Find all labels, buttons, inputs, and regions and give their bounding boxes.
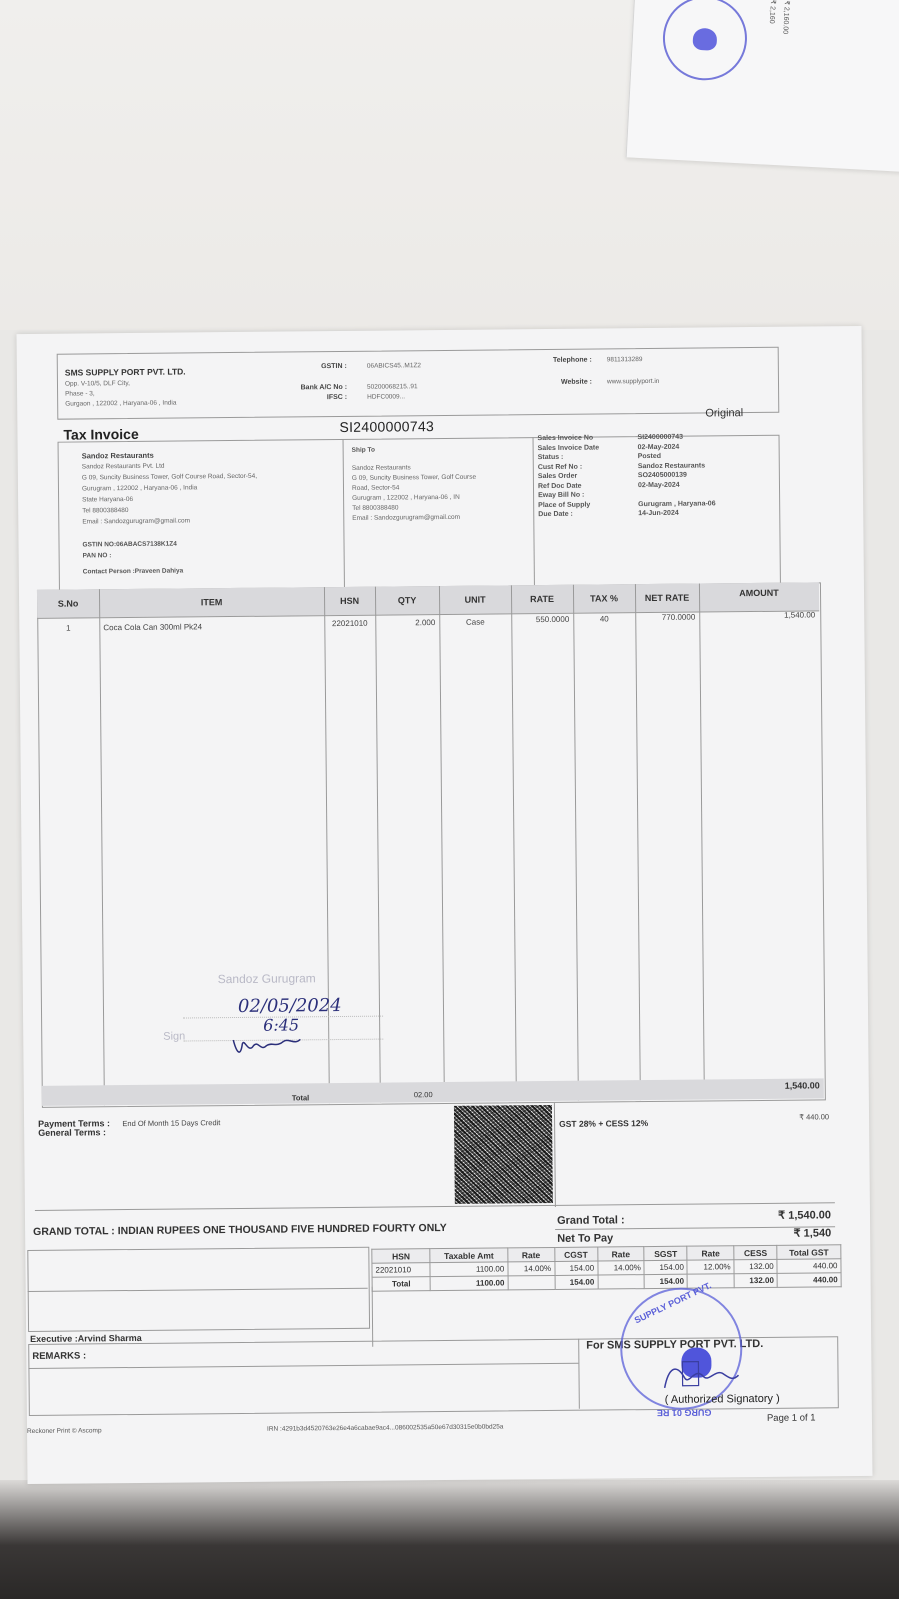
gst-header: SGST [644, 1246, 687, 1260]
tax-summary-label: GST 28% + CESS 12% [559, 1118, 648, 1129]
grand-total-value: ₹ 1,540.00 [725, 1208, 831, 1222]
gst-header: Rate [508, 1247, 555, 1261]
row-sno: 1 [37, 623, 99, 633]
col-header-rate: RATE [511, 594, 573, 605]
gst-header: Taxable Amt [430, 1248, 508, 1263]
seller-address-1: Opp. V-10/5, DLF City, [65, 380, 130, 388]
seller-ifsc: HDFC0009... [367, 393, 405, 400]
col-header-net-rate: NET RATE [635, 593, 699, 604]
telephone-label: Telephone : [517, 357, 592, 365]
row-qty: 2.000 [375, 618, 435, 628]
contact-person: Contact Person :Praveen Dahiya [83, 567, 184, 575]
bank-label: Bank A/C No : [267, 384, 347, 392]
row-unit: Case [439, 617, 511, 627]
total-amount: 1,540.00 [714, 1080, 820, 1091]
company-stamp-icon [661, 0, 749, 82]
row-tax: 40 [573, 614, 635, 624]
invoice-number: SI2400000743 [339, 418, 434, 435]
row-net-rate: 770.0000 [635, 613, 695, 623]
row-amount: 1,540.00 [699, 610, 815, 620]
bill-to-gstin: GSTIN NO:06ABACS7138K1Z4 [82, 541, 176, 549]
software-credit: Reckoner Print © Ascomp [27, 1427, 102, 1435]
col-header-tax: TAX % [573, 593, 635, 604]
gst-header: Rate [687, 1246, 734, 1260]
remarks-label: REMARKS : [32, 1350, 86, 1362]
seller-telephone: 9811313289 [607, 356, 643, 363]
gst-header: Rate [597, 1247, 644, 1261]
grand-total-in-words: GRAND TOTAL : INDIAN RUPEES ONE THOUSAND… [33, 1222, 447, 1238]
table-surface [0, 1480, 899, 1599]
gst-header: Total GST [777, 1245, 841, 1260]
ship-to-line: Road, Sector-54 [352, 484, 399, 491]
signature-icon [654, 1357, 744, 1398]
copy-type: Original [705, 407, 743, 419]
col-header-hsn: HSN [324, 596, 375, 606]
bill-to-line: Gurugram , 122002 , Haryana-06 , India [82, 484, 197, 492]
gst-header: CGST [554, 1247, 597, 1261]
ship-to-label: Ship To [352, 447, 375, 454]
seller-name: SMS SUPPLY PORT PVT. LTD. [65, 366, 186, 377]
bill-to-line: Email : Sandozgurugram@gmail.com [82, 517, 190, 525]
ifsc-label: IFSC : [287, 394, 347, 402]
net-to-pay-value: ₹ 1,540 [725, 1226, 831, 1240]
bill-to-name: Sandoz Restaurants [82, 451, 154, 461]
row-hsn: 22021010 [324, 619, 375, 628]
background-invoice-corner: ₹ 2,160.00 ₹ 2,160 [626, 0, 899, 172]
gstin-label: GSTIN : [287, 363, 347, 371]
col-header-sno: S.No [37, 598, 99, 609]
col-header-unit: UNIT [439, 594, 511, 605]
bill-to-line: Tel 8800388480 [82, 507, 128, 514]
website-label: Website : [517, 379, 592, 387]
seller-bank-account: 50200068215..91 [367, 383, 418, 390]
row-rate: 550.0000 [511, 615, 569, 625]
col-header-qty: QTY [375, 595, 439, 606]
irn-number: IRN :4291b3d4520763e26e4a6cabae9ac4...08… [267, 1423, 503, 1432]
row-item: Coca Cola Can 300ml Pk24 [103, 622, 202, 632]
seller-address-2: Phase - 3, [65, 390, 95, 397]
e-invoice-qr-code [454, 1105, 553, 1204]
seller-gstin: 06ABICS45..M1Z2 [367, 362, 421, 370]
col-header-amount: AMOUNT [699, 587, 819, 598]
seal-bottom-text: GURG 01 RE [657, 1407, 712, 1418]
gst-breakdown-table: HSN Taxable Amt Rate CGST Rate SGST Rate… [371, 1244, 841, 1292]
total-qty: 02.00 [414, 1090, 433, 1099]
ship-to-line: Gurugram , 122002 , Haryana-06 , IN [352, 494, 460, 502]
invoice-sheet: SMS SUPPLY PORT PVT. LTD. Opp. V-10/5, D… [16, 326, 872, 1484]
ship-to-line: Email : Sandozgurugram@gmail.com [352, 514, 460, 522]
items-table [37, 582, 826, 1108]
page-number: Page 1 of 1 [767, 1412, 816, 1423]
gst-header: CESS [734, 1245, 777, 1259]
ship-to-line: Tel 8800388480 [352, 504, 398, 511]
general-terms: General Terms : [38, 1127, 106, 1138]
seller-address-3: Gurgaon , 122002 , Haryana-06 , India [65, 400, 176, 408]
gst-header: HSN [372, 1249, 430, 1264]
tax-summary-value: ₹ 440.00 [744, 1112, 829, 1122]
background-amount: ₹ 2,160.00 ₹ 2,160 [763, 0, 793, 34]
seller-website: www.supplyport.in [607, 378, 659, 386]
receiving-stamp-company: Sandoz Gurugram [218, 971, 316, 986]
net-to-pay-label: Net To Pay [557, 1232, 613, 1245]
ship-to-line: G 09, Suncity Business Tower, Golf Cours… [352, 474, 476, 482]
handwritten-signature-icon [228, 1031, 308, 1062]
receiving-stamp-sign-label: Sign [163, 1030, 185, 1042]
handwritten-date: 02/05/2024 [238, 995, 342, 1017]
total-label: Total [292, 1093, 309, 1102]
grand-total-label: Grand Total : [557, 1214, 625, 1227]
bill-to-pan: PAN NO : [83, 552, 112, 559]
bill-to-line: State Haryana-06 [82, 496, 133, 503]
invoice-meta: Sales Invoice NoSI2400000743 Sales Invoi… [537, 433, 778, 521]
authorized-signatory: ( Authorized Signatory ) [665, 1393, 780, 1406]
ship-to-line: Sandoz Restaurants [352, 464, 411, 472]
bill-to-line: Sandoz Restaurants Pvt. Ltd [82, 463, 165, 471]
